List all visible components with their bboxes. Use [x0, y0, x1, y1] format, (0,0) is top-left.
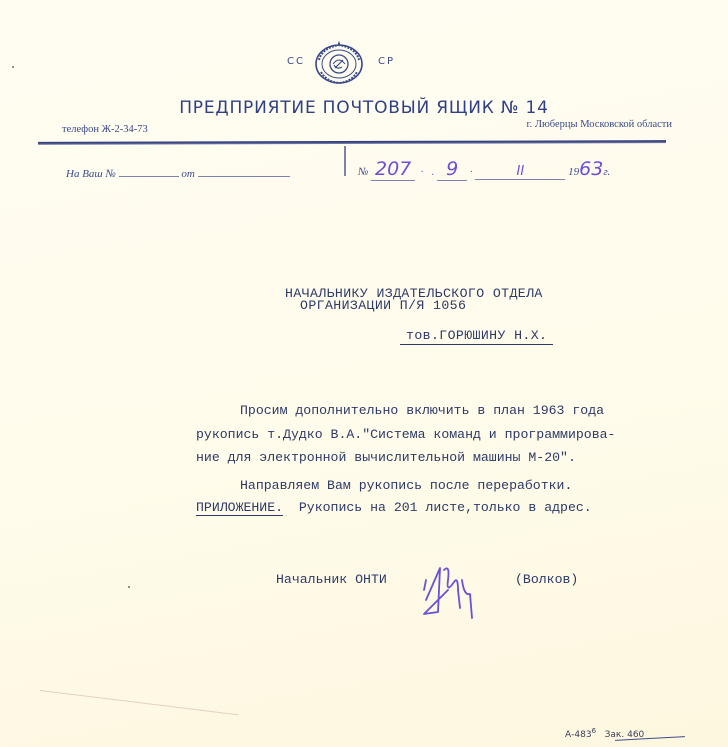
- our-no-label: №: [358, 166, 368, 178]
- attachment-text: Рукопись на 201 листе,только в адрес.: [283, 500, 592, 515]
- ussr-coat-of-arms-icon: [313, 40, 365, 86]
- year-prefix: 19: [568, 166, 579, 178]
- body-line-3: ние для электронной вычислительной машин…: [196, 450, 576, 465]
- date-day: 9: [437, 158, 467, 181]
- emblem-right-text: СР: [378, 56, 395, 67]
- attachment-line: ПРИЛОЖЕНИЕ. Рукопись на 201 листе,только…: [196, 500, 592, 515]
- address: г. Люберцы Московской области: [526, 119, 672, 130]
- from-date-blank: [198, 176, 290, 177]
- form-code: А-483: [565, 730, 592, 740]
- your-reference: На Ваш № от: [66, 168, 290, 180]
- outgoing-reference: № 207 · . 9 · II 1963г.: [358, 158, 610, 181]
- body-line-1: Просим дополнительно включить в план 196…: [240, 403, 604, 418]
- organization-title: ПРЕДПРИЯТИЕ ПОЧТОВЫЙ ЯЩИК № 14: [0, 98, 728, 118]
- emblem-left-text: СС: [287, 56, 305, 67]
- body-line-4: Направляем Вам рукопись после переработк…: [240, 478, 572, 493]
- your-no-label: На Ваш №: [66, 168, 116, 180]
- letterhead-emblem-row: СС СР: [0, 38, 728, 88]
- paper-speck: [128, 586, 130, 588]
- reference-divider: [344, 146, 346, 176]
- signatory-title: Начальник ОНТИ: [276, 572, 387, 587]
- date-month: II: [475, 164, 565, 180]
- outgoing-number: 207: [371, 158, 415, 181]
- phone-number: телефон Ж-2-34-73: [62, 124, 148, 135]
- from-label: от: [181, 168, 194, 180]
- year-suffix: 63: [579, 158, 603, 180]
- signatory-name: (Волков): [515, 572, 578, 587]
- your-no-blank: [119, 176, 179, 177]
- attachment-label: ПРИЛОЖЕНИЕ.: [196, 500, 283, 516]
- addressee-line-2: ОРГАНИЗАЦИИ П/Я 1056: [300, 298, 466, 313]
- year-unit: г.: [603, 166, 610, 178]
- separator-dot: ·: [470, 166, 473, 178]
- addressee-name: тов.ГОРЮШИНУ Н.Х.: [400, 328, 553, 345]
- separator-dot: · .: [418, 166, 435, 178]
- body-line-2: рукопись т.Дудко В.А."Система команд и п…: [196, 427, 615, 442]
- handwritten-signature-icon: [418, 560, 478, 624]
